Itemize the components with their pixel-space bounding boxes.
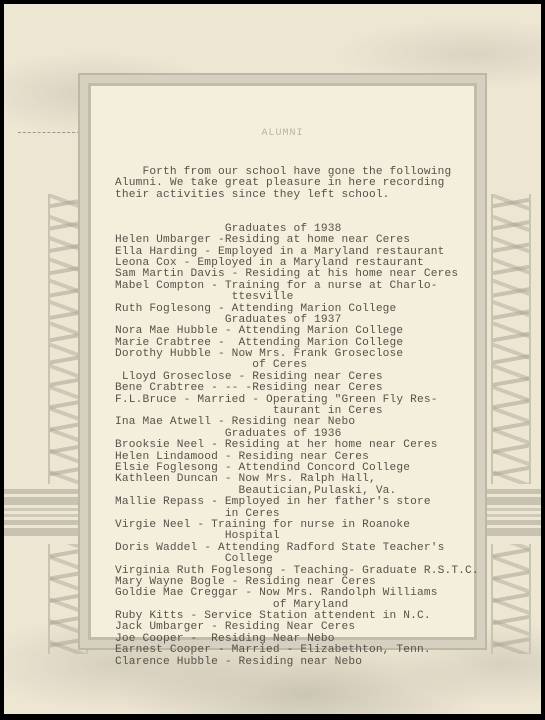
intro-line: their activities since they left school. — [115, 190, 495, 201]
text-frame: ALUMNI Forth from our school have gone t… — [78, 73, 487, 650]
alumni-entry: Nora Mae Hubble - Attending Marion Colle… — [115, 326, 495, 337]
yearbook-page: ALUMNI Forth from our school have gone t… — [4, 4, 541, 714]
intro-paragraph: Forth from our school have gone the foll… — [115, 167, 495, 201]
graduate-sections: Graduates of 1938Helen Umbarger -Residin… — [115, 224, 495, 668]
graduate-section: Graduates of 1936Brooksie Neel - Residin… — [115, 429, 495, 668]
dashed-margin-mark — [18, 132, 80, 133]
intro-line: Alumni. We take great pleasure in here r… — [115, 178, 495, 189]
foliage-border-right-upper — [491, 194, 531, 484]
alumni-entry: Mallie Repass - Employed in her father's… — [115, 497, 495, 508]
alumni-entry: Goldie Mae Creggar - Now Mrs. Randolph W… — [115, 588, 495, 599]
alumni-entry: Clarence Hubble - Residing near Nebo — [115, 657, 495, 668]
alumni-entry: Earnest Cooper - Married - Elizabethton,… — [115, 645, 495, 656]
page-title: ALUMNI — [91, 128, 474, 139]
alumni-entry: ttesville — [115, 292, 495, 303]
graduate-section: Graduates of 1937Nora Mae Hubble - Atten… — [115, 315, 495, 429]
alumni-entry: Helen Umbarger -Residing at home near Ce… — [115, 235, 495, 246]
alumni-text: Forth from our school have gone the foll… — [115, 144, 495, 691]
alumni-entry: Brooksie Neel - Residing at her home nea… — [115, 440, 495, 451]
alumni-entry: Bene Crabtree - -- -Residing near Ceres — [115, 383, 495, 394]
text-panel: ALUMNI Forth from our school have gone t… — [88, 83, 477, 640]
alumni-entry: College — [115, 554, 495, 565]
foliage-border-right-lower — [491, 544, 531, 654]
graduate-section: Graduates of 1938Helen Umbarger -Residin… — [115, 224, 495, 315]
